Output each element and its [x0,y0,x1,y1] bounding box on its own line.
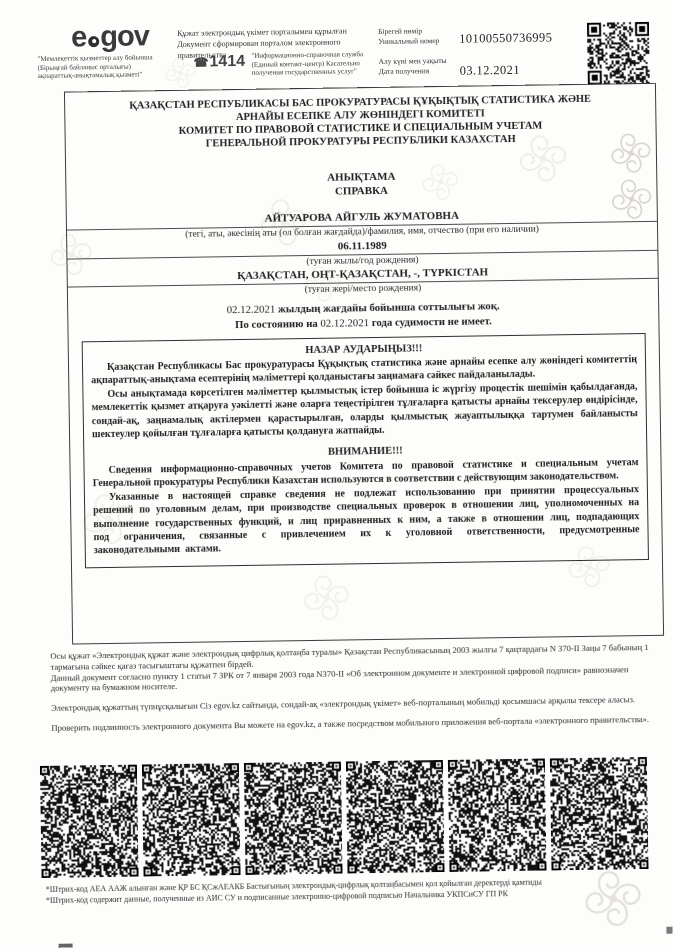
scan-tilt-wrapper: egov Құжат электрондық үкімет порталымен… [0,0,673,950]
legal-paragraph-ru-2: Проверить подлинность электронного докум… [51,714,652,734]
issuer-title: ҚАЗАҚСТАН РЕСПУБЛИКАСЫ БАС ПРОКУРАТУРАСЫ… [79,92,642,152]
barcode-block [142,763,241,876]
attention-notice-box: НАЗАР АУДАРЫҢЫЗ!!! Қазақстан Республикас… [82,332,649,568]
phone-number: 1414 [209,53,245,71]
result-date-ru: 02.12.2021 [320,317,369,330]
egov-logo: egov [71,20,149,54]
document-body-frame: ҚАЗАҚСТАН РЕСПУБЛИКАСЫ БАС ПРОКУРАТУРАСЫ… [64,83,664,645]
result-prefix-ru: По состоянию на [235,317,318,330]
contact-center-ru: "Информационно-справочная служба (Единый… [251,50,379,78]
barcode-footnotes: *Штрих-код АЕА ААЖ алынған және ҚР БС ҚС… [46,875,626,906]
conviction-result: 02.12.2021 жылдың жағдайы бойынша соттыл… [82,297,644,335]
attention-paragraph-ru-2: Указанные в настоящей справке сведения н… [93,483,640,558]
egov-logo-gov: gov [100,20,149,54]
qr-code [587,22,650,85]
receive-date-label-ru: Дата получения [379,66,469,77]
barcode-block [244,762,343,875]
barcode-block [346,760,445,873]
egov-logo-e: e [71,21,87,54]
legal-footer: Осы құжат «Электрондық құжат және электр… [50,642,652,734]
phone-icon: ☎ [193,55,208,69]
scan-artifact [666,927,672,934]
unique-number-label: Бірегей нөмір Уникальный номер [378,26,468,47]
receive-date-label: Алу күні мен уақыты Дата получения [378,56,468,77]
legal-paragraph-kk-2: Электрондық құжаттың түпнұсқалығын Сіз e… [51,694,652,714]
unique-number-value: 10100550736995 [459,30,552,46]
signature-barcode-strip [40,757,649,878]
scanned-certificate-page: egov Құжат электрондық үкімет порталымен… [0,0,673,950]
barcode-block [40,765,139,878]
barcode-block [448,759,547,872]
result-text-kk: жылдың жағдайы бойынша соттылығы жоқ. [278,300,500,315]
result-suffix-ru: года судимости не имеет. [372,315,492,329]
result-date-kk: 02.12.2021 [227,303,276,316]
contact-phone: ☎1414 [193,53,245,72]
unique-number-label-ru: Уникальный номер [378,36,468,47]
scan-artifact [59,944,73,948]
contact-center-kk: "Мемлекеттік қызметтер алу бойынша (Біры… [37,53,167,81]
certificate-heading: АНЫҚТАМА СПРАВКА [80,167,642,202]
egov-logo-dot-icon [88,36,99,47]
receive-date-value: 03.12.2021 [460,63,520,79]
barcode-block [550,757,649,870]
attention-paragraph-kk-2: Осы анықтамада көрсетілген мәліметтер қы… [91,380,638,442]
